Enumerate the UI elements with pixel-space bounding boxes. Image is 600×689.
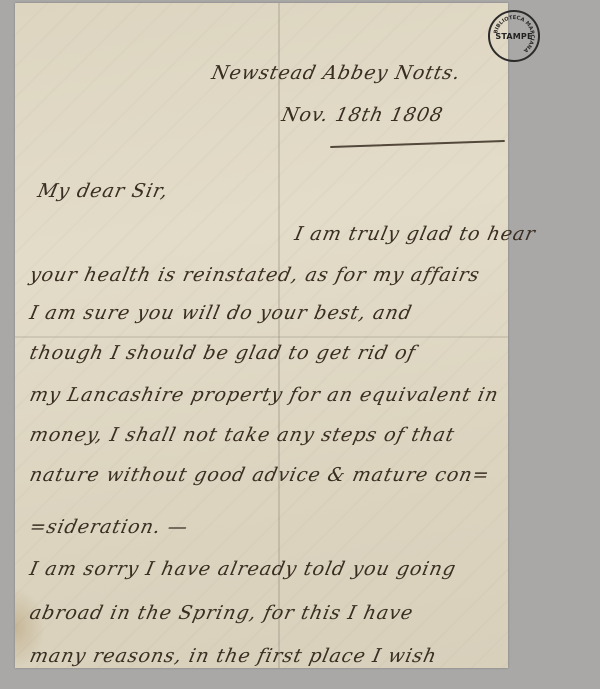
letter-line: I am sorry I have already told you going xyxy=(28,558,459,580)
letter-line: I am sure you will do your best, and xyxy=(28,302,415,324)
salutation: My dear Sir, xyxy=(36,180,171,202)
stamp-ring-text: BIBLIOTECA MARCIANA xyxy=(493,15,535,53)
horizontal-fold-crease xyxy=(15,336,508,338)
letter-line: I am truly glad to hear xyxy=(293,223,538,245)
letter-line: many reasons, in the first place I wish xyxy=(28,645,439,667)
letter-line: nature without good advice & mature con= xyxy=(28,464,492,486)
letter-line: my Lancashire property for an equivalent… xyxy=(28,384,501,406)
stamp-ring-icon: BIBLIOTECA MARCIANA xyxy=(490,12,538,60)
letter-line: though I should be glad to get rid of xyxy=(28,342,418,364)
svg-text:BIBLIOTECA MARCIANA: BIBLIOTECA MARCIANA xyxy=(493,15,535,53)
letter-line: =sideration. — xyxy=(28,516,191,538)
letter-line: money, I shall not take any steps of tha… xyxy=(28,424,457,446)
address-line: Newstead Abbey Notts. xyxy=(210,62,463,84)
letter-line: your health is reinstated, as for my aff… xyxy=(28,264,482,286)
library-stamp: BIBLIOTECA MARCIANA STAMPE xyxy=(488,10,540,62)
letter-line: abroad in the Spring, for this I have xyxy=(28,602,416,624)
date-line: Nov. 18th 1808 xyxy=(280,104,446,126)
